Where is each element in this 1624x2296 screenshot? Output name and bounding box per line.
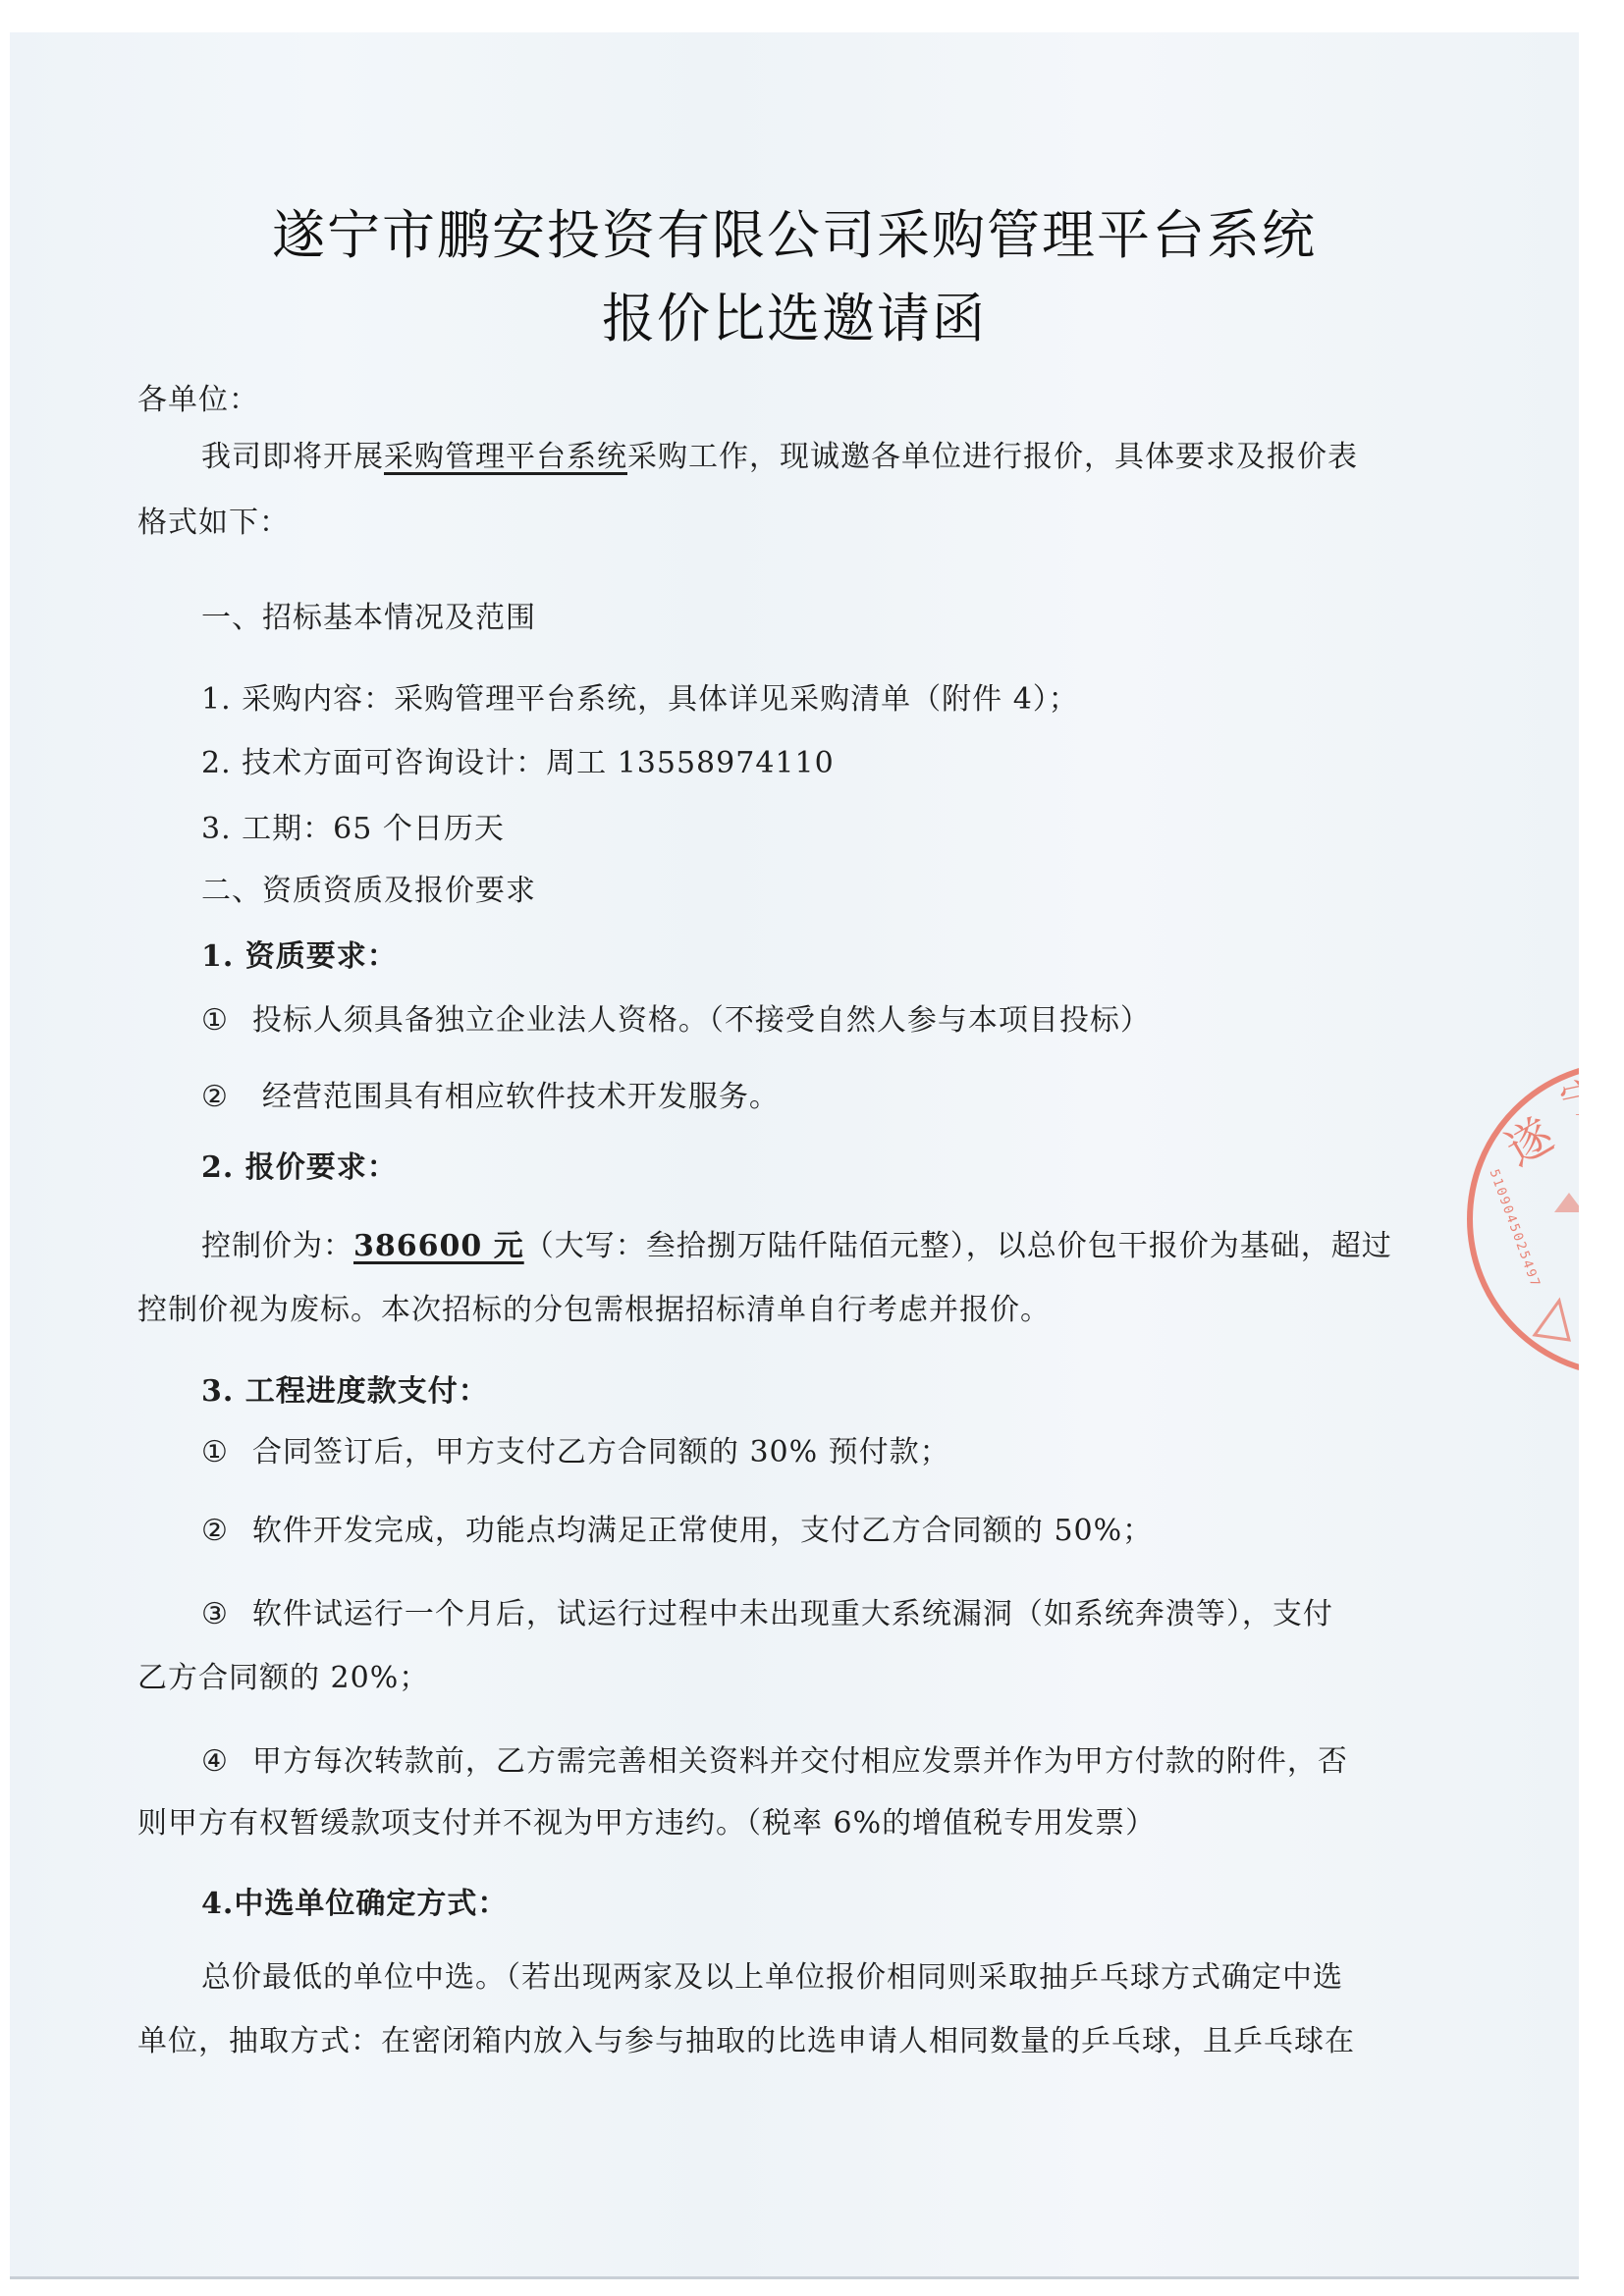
- intro-suffix: 采购工作，现诚邀各单位进行报价，具体要求及报价表: [627, 440, 1358, 474]
- selection-line2: 单位，抽取方式：在密闭箱内放入与参与抽取的比选申请人相同数量的乒乓球，且乒乓球在: [137, 2022, 1355, 2061]
- section2-heading: 二、资质资质及报价要求: [201, 872, 536, 911]
- section1-item-2: 2. 技术方面可咨询设计：周工 13558974110: [201, 744, 835, 783]
- item-number: 1.: [201, 682, 232, 717]
- circled-number-1-icon: ①: [201, 1001, 229, 1041]
- qualification-item-2: ②经营范围具有相应软件技术开发服务。: [201, 1078, 780, 1117]
- payment-item-3-continuation: 乙方合同额的 20%；: [137, 1659, 429, 1698]
- intro-prefix: 我司即将开展: [201, 440, 384, 474]
- payment-item-4-continuation: 则甲方有权暂缓款项支付并不视为甲方违约。（税率 6%的增值税专用发票）: [137, 1804, 1156, 1843]
- salutation: 各单位：: [137, 381, 259, 420]
- intro-paragraph: 我司即将开展采购管理平台系统采购工作，现诚邀各单位进行报价，具体要求及报价表: [201, 438, 1358, 477]
- section1-heading: 一、招标基本情况及范围: [201, 599, 536, 638]
- item-number: 2.: [201, 746, 232, 780]
- payment-item-4: ④甲方每次转款前，乙方需完善相关资料并交付相应发票并作为甲方付款的附件，否: [201, 1742, 1348, 1782]
- circled-number-2-icon: ②: [201, 1078, 229, 1117]
- payment-item-1: ①合同签订后，甲方支付乙方合同额的 30% 预付款；: [201, 1433, 950, 1472]
- price-line2: 控制价视为废标。本次招标的分包需根据招标清单自行考虑并报价。: [137, 1291, 1051, 1330]
- intro-project-name: 采购管理平台系统: [384, 440, 627, 474]
- item-text: 软件开发完成，功能点均满足正常使用，支付乙方合同额的 50%；: [252, 1514, 1153, 1548]
- control-price-amount: 386600 元: [353, 1229, 524, 1263]
- price-paragraph: 控制价为：386600 元（大写：叁拾捌万陆仟陆佰元整），以总价包干报价为基础，…: [201, 1227, 1392, 1266]
- section1-item-1: 1. 采购内容：采购管理平台系统，具体详见采购清单（附件 4）；: [201, 680, 1079, 720]
- item-text: 投标人须具备独立企业法人资格。（不接受自然人参与本项目投标）: [252, 1003, 1151, 1038]
- selection-line1: 总价最低的单位中选。（若出现两家及以上单位报价相同则采取抽乒乓球方式确定中选: [201, 1958, 1343, 1998]
- section1-item-3: 3. 工期：65 个日历天: [201, 810, 505, 849]
- qualification-heading: 1. 资质要求：: [201, 937, 398, 977]
- payment-heading: 3. 工程进度款支付：: [201, 1372, 489, 1412]
- item-number: 3.: [201, 812, 232, 846]
- payment-item-2: ②软件开发完成，功能点均满足正常使用，支付乙方合同额的 50%；: [201, 1512, 1153, 1551]
- price-heading: 2. 报价要求：: [201, 1148, 398, 1188]
- qualification-item-1: ①投标人须具备独立企业法人资格。（不接受自然人参与本项目投标）: [201, 1001, 1151, 1041]
- item-text: 经营范围具有相应软件技术开发服务。: [262, 1080, 780, 1114]
- price-prefix: 控制价为：: [201, 1229, 353, 1263]
- intro-line2: 格式如下：: [137, 504, 290, 543]
- payment-item-3: ③软件试运行一个月后，试运行过程中未出现重大系统漏洞（如系统奔溃等），支付: [201, 1595, 1333, 1634]
- price-suffix: （大写：叁拾捌万陆仟陆佰元整），以总价包干报价为基础，超过: [524, 1229, 1392, 1263]
- item-text: 软件试运行一个月后，试运行过程中未出现重大系统漏洞（如系统奔溃等），支付: [252, 1597, 1333, 1631]
- document-title-line1: 遂宁市鹏安投资有限公司采购管理平台系统: [10, 204, 1579, 267]
- item-text: 工期：65 个日历天: [242, 812, 505, 846]
- circled-number-1-icon: ①: [201, 1433, 229, 1472]
- page-right-margin: [1579, 0, 1624, 2296]
- item-text: 合同签订后，甲方支付乙方合同额的 30% 预付款；: [252, 1435, 950, 1469]
- item-text: 采购内容：采购管理平台系统，具体详见采购清单（附件 4）；: [242, 682, 1079, 717]
- item-text: 甲方每次转款前，乙方需完善相关资料并交付相应发票并作为甲方付款的附件，否: [252, 1744, 1348, 1779]
- circled-number-2-icon: ②: [201, 1512, 229, 1551]
- circled-number-3-icon: ③: [201, 1595, 229, 1634]
- circled-number-4-icon: ④: [201, 1742, 229, 1782]
- selection-heading: 4.中选单位确定方式：: [201, 1885, 508, 1924]
- document-page: 遂宁市鹏安投资有限公司采购管理平台系统 报价比选邀请函 各单位： 我司即将开展采…: [10, 32, 1579, 2279]
- svg-text:5109045025497: 5109045025497: [1487, 1167, 1543, 1290]
- document-title-line2: 报价比选邀请函: [10, 288, 1579, 350]
- item-text: 技术方面可咨询设计：周工 13558974110: [242, 746, 835, 780]
